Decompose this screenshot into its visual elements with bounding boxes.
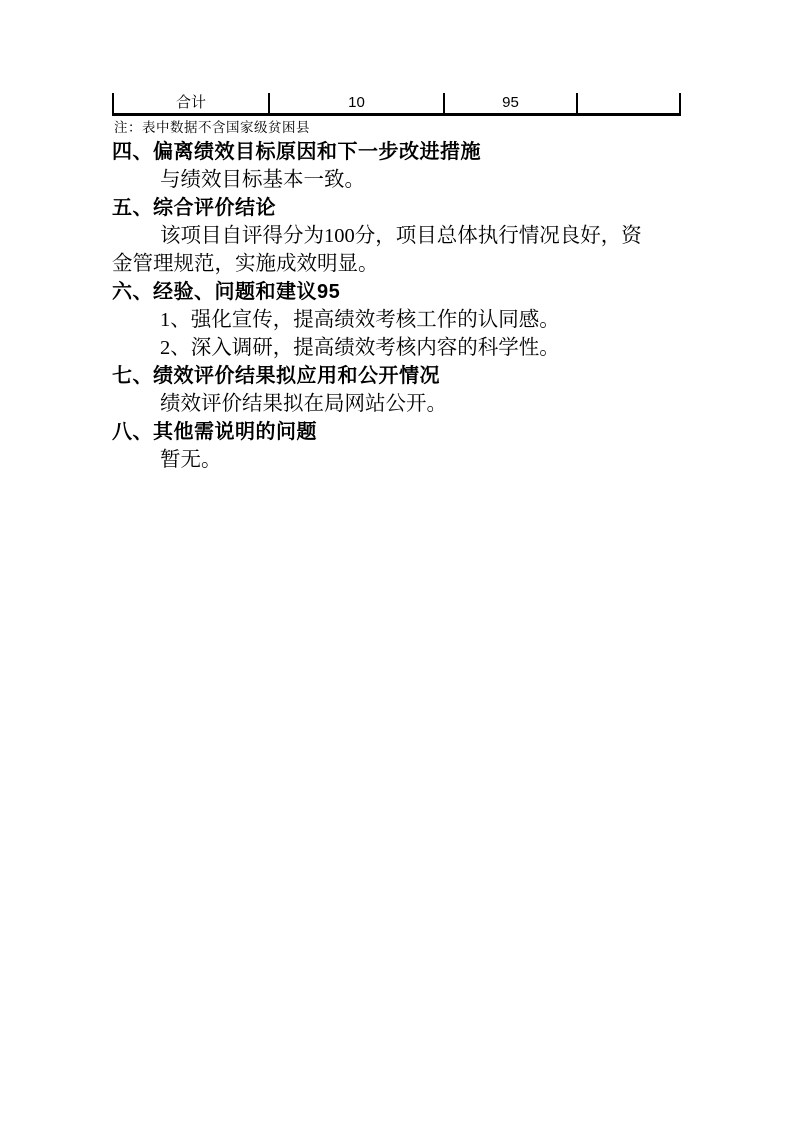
section-5: 五、综合评价结论 该项目自评得分为100分，项目总体执行情况良好，资 金管理规范… [112,194,680,278]
document-page: 合计 10 95 注：表中数据不含国家级贫困县 四、偏离绩效目标原因和下一步改进… [0,0,793,1122]
table-fragment-row: 合计 10 95 [112,93,681,116]
table-cell-total-label: 合计 [112,93,268,113]
document-body: 四、偏离绩效目标原因和下一步改进措施 与绩效目标基本一致。 五、综合评价结论 该… [112,138,680,474]
section-6-heading: 六、经验、问题和建议95 [112,278,680,306]
section-8-heading: 八、其他需说明的问题 [112,418,680,446]
table-cell-empty [576,93,681,113]
table-cell-value-2: 95 [443,93,576,113]
table-cell-value-1: 10 [268,93,443,113]
section-5-heading: 五、综合评价结论 [112,194,680,222]
section-7: 七、绩效评价结果拟应用和公开情况 绩效评价结果拟在局网站公开。 [112,362,680,418]
section-6-list-item-2: 2、深入调研，提高绩效考核内容的科学性。 [112,334,680,362]
section-7-paragraph-line: 绩效评价结果拟在局网站公开。 [112,390,680,418]
section-4-heading: 四、偏离绩效目标原因和下一步改进措施 [112,138,680,166]
section-4-paragraph-line: 与绩效目标基本一致。 [112,166,680,194]
section-6: 六、经验、问题和建议95 1、强化宣传，提高绩效考核工作的认同感。 2、深入调研… [112,278,680,362]
section-8-paragraph-line: 暂无。 [112,446,680,474]
section-6-list-item-1: 1、强化宣传，提高绩效考核工作的认同感。 [112,306,680,334]
section-4: 四、偏离绩效目标原因和下一步改进措施 与绩效目标基本一致。 [112,138,680,194]
table-footnote: 注：表中数据不含国家级贫困县 [114,119,310,136]
section-5-paragraph-line: 金管理规范，实施成效明显。 [112,250,680,278]
section-7-heading: 七、绩效评价结果拟应用和公开情况 [112,362,680,390]
section-5-paragraph-line: 该项目自评得分为100分，项目总体执行情况良好，资 [112,222,680,250]
section-8: 八、其他需说明的问题 暂无。 [112,418,680,474]
